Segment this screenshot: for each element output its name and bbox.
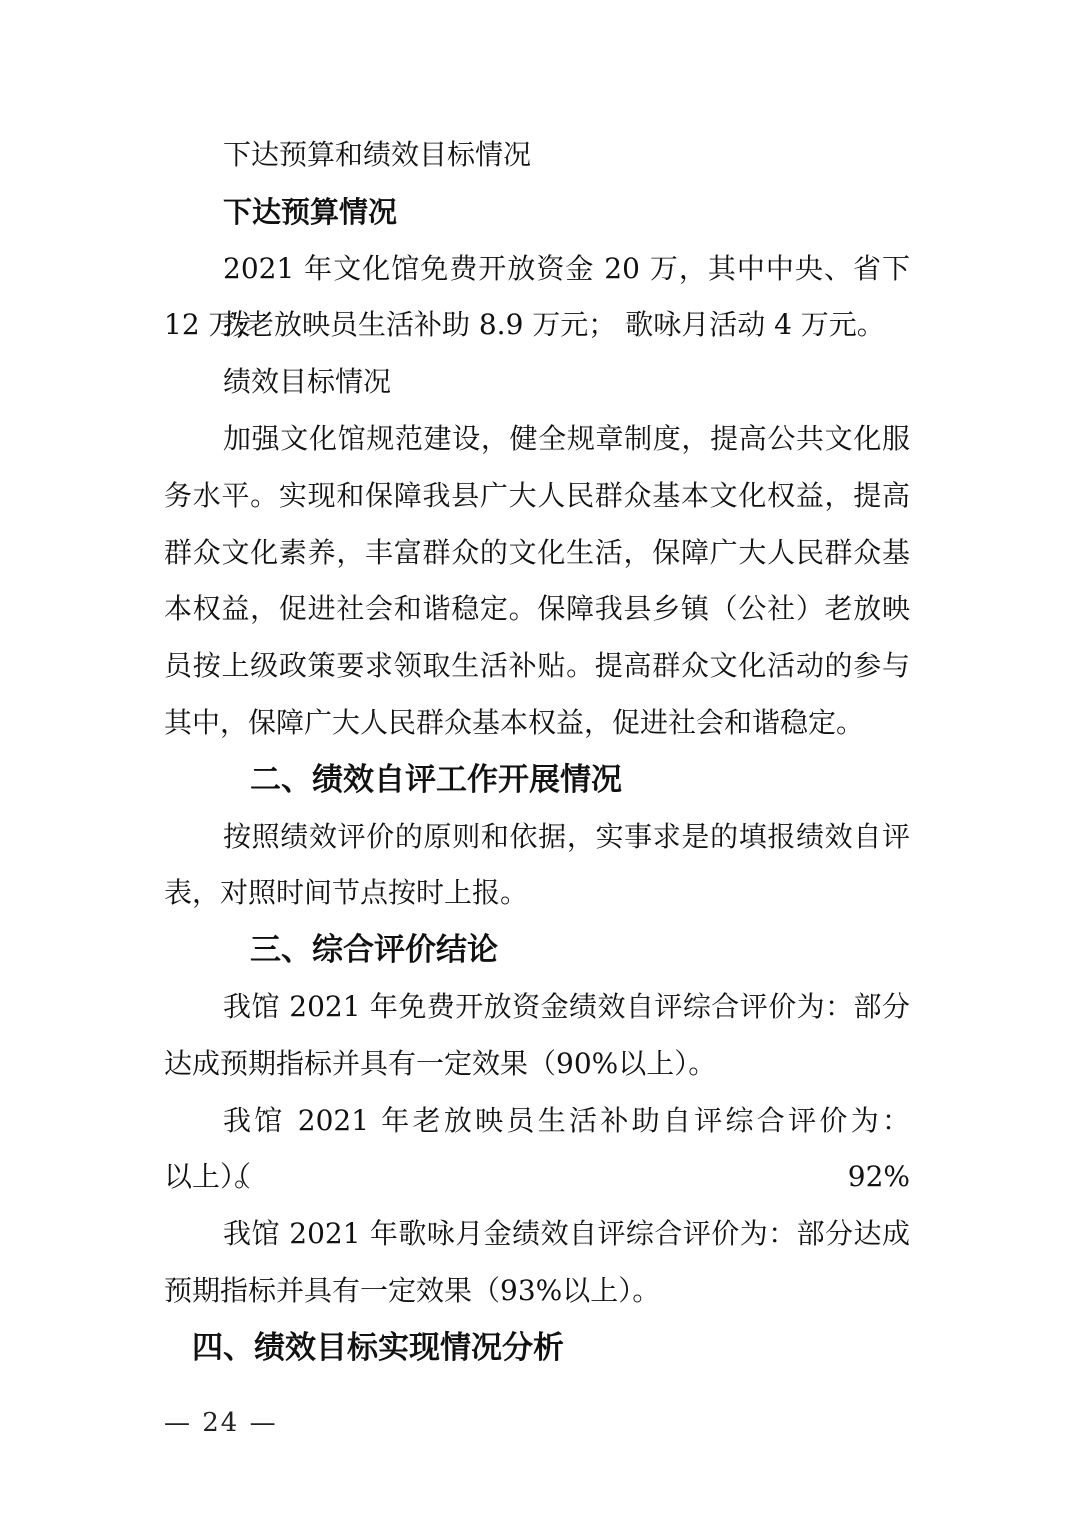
doc-line: 我馆 2021 年歌咏月金绩效自评综合评价为：部分达成 [164, 1206, 910, 1263]
doc-line: 下达预算和绩效目标情况 [164, 127, 910, 184]
doc-line: 本权益，促进社会和谐稳定。保障我县乡镇（公社）老放映 [164, 581, 910, 638]
doc-line: 其中，保障广大人民群众基本权益，促进社会和谐稳定。 [164, 695, 910, 752]
document-body: 下达预算和绩效目标情况 下达预算情况 2021 年文化馆免费开放资金 20 万，… [164, 127, 910, 1377]
page-number: — 24 — [164, 1398, 278, 1448]
doc-line: 12 万;老放映员生活补助 8.9 万元； 歌咏月活动 4 万元。 [164, 297, 910, 354]
doc-line: 我馆 2021 年老放映员生活补助自评综合评价为：（92% [164, 1093, 910, 1150]
doc-line: 2021 年文化馆免费开放资金 20 万，其中中央、省下拨 [164, 241, 910, 298]
doc-line: 表，对照时间节点按时上报。 [164, 865, 910, 922]
heading-section-three: 三、综合评价结论 [164, 922, 910, 979]
subheading-performance-target: 绩效目标情况 [164, 354, 910, 411]
heading-section-four: 四、绩效目标实现情况分析 [164, 1320, 910, 1377]
doc-line: 按照绩效评价的原则和依据，实事求是的填报绩效自评 [164, 809, 910, 866]
doc-line: 达成预期指标并具有一定效果（90%以上）。 [164, 1036, 910, 1093]
doc-line: 员按上级政策要求领取生活补贴。提高群众文化活动的参与 [164, 638, 910, 695]
heading-section-two: 二、绩效自评工作开展情况 [164, 752, 910, 809]
subheading-budget-issued: 下达预算情况 [164, 184, 910, 241]
doc-line: 我馆 2021 年免费开放资金绩效自评综合评价为：部分 [164, 979, 910, 1036]
doc-line: 加强文化馆规范建设，健全规章制度，提高公共文化服 [164, 411, 910, 468]
document-page: { "document": { "lines": [ "下达预算和绩效目标情况"… [0, 0, 1074, 1520]
doc-line: 务水平。实现和保障我县广大人民群众基本文化权益，提高 [164, 468, 910, 525]
doc-line: 预期指标并具有一定效果（93%以上）。 [164, 1263, 910, 1320]
doc-line: 群众文化素养，丰富群众的文化生活，保障广大人民群众基 [164, 525, 910, 582]
